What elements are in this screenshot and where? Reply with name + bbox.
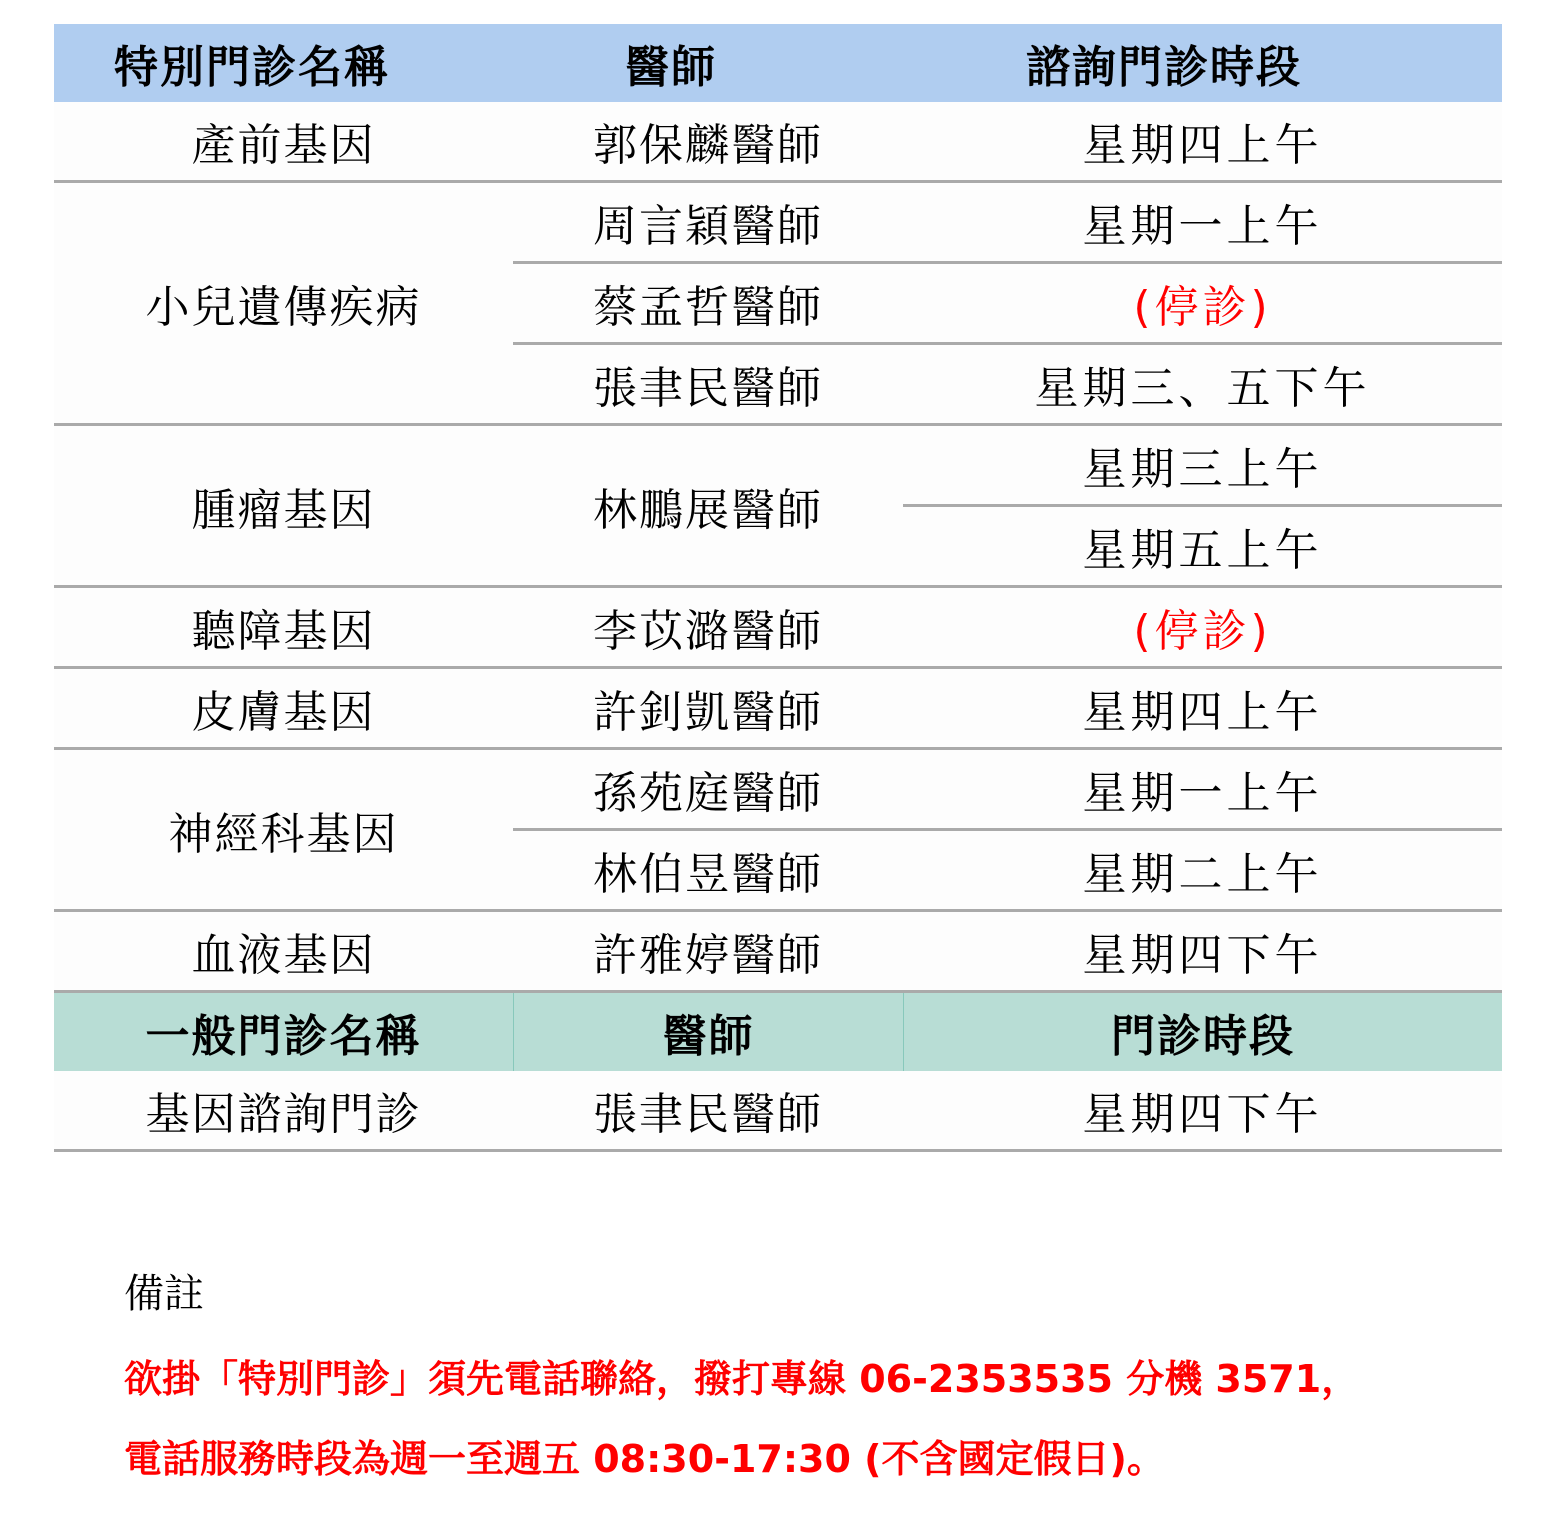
doctor-name: 許釗凱醫師 — [513, 669, 903, 747]
clinic-group-pediatric-genetic: 小兒遺傳疾病 周言穎醫師 星期一上午 蔡孟哲醫師 (停診) 張聿民醫師 星期三、… — [54, 183, 1502, 426]
doctor-name: 郭保麟醫師 — [513, 102, 903, 180]
clinic-suspended-status: (停診) — [903, 588, 1502, 666]
table-row: 張聿民醫師 星期三、五下午 — [513, 342, 1502, 423]
clinic-group-neurology: 神經科基因 孫苑庭醫師 星期一上午 林伯昱醫師 星期二上午 — [54, 750, 1502, 912]
table-row: 林鵬展醫師 星期三上午 星期五上午 — [513, 426, 1502, 585]
general-clinic-header-row: 一般門診名稱 醫師 門診時段 — [54, 993, 1502, 1071]
clinic-suspended-status: (停診) — [903, 264, 1502, 342]
clinic-group-hearing: 聽障基因 李苡潞醫師 (停診) — [54, 588, 1502, 669]
doctor-name: 張聿民醫師 — [513, 345, 903, 423]
doctor-name: 周言穎醫師 — [513, 183, 903, 261]
doctor-name: 許雅婷醫師 — [513, 912, 903, 990]
clinic-time: 星期三上午 — [903, 426, 1502, 504]
doctor-name: 林伯昱醫師 — [513, 831, 903, 909]
table-row: 許釗凱醫師 星期四上午 — [513, 669, 1502, 747]
header-doctor: 醫師 — [513, 31, 903, 95]
clinic-group-blood: 血液基因 許雅婷醫師 星期四下午 — [54, 912, 1502, 993]
table-row: 李苡潞醫師 (停診) — [513, 588, 1502, 666]
clinic-name: 血液基因 — [54, 912, 513, 990]
doctor-name: 孫苑庭醫師 — [513, 750, 903, 828]
notes-line-service-hours: 電話服務時段為週一至週五 08:30-17:30 (不含國定假日)。 — [124, 1439, 1359, 1479]
header-consult-time: 諮詢門診時段 — [903, 31, 1502, 95]
notes-line-registration: 欲掛「特別門診」須先電話聯絡，撥打專線 06-2353535 分機 3571， — [124, 1359, 1359, 1399]
table-row: 周言穎醫師 星期一上午 — [513, 183, 1502, 261]
clinic-time: 星期五上午 — [903, 504, 1502, 585]
clinic-time: 星期一上午 — [903, 750, 1502, 828]
clinic-name: 神經科基因 — [54, 750, 513, 909]
header-clinic-time: 門診時段 — [903, 993, 1502, 1071]
doctor-name: 李苡潞醫師 — [513, 588, 903, 666]
table-row: 蔡孟哲醫師 (停診) — [513, 261, 1502, 342]
clinic-time: 星期四上午 — [903, 669, 1502, 747]
header-doctor: 醫師 — [513, 993, 903, 1071]
clinic-name: 聽障基因 — [54, 588, 513, 666]
clinic-schedule-table: 特別門診名稱 醫師 諮詢門診時段 產前基因 郭保麟醫師 星期四上午 小兒遺傳疾病… — [54, 24, 1502, 1152]
clinic-time: 星期二上午 — [903, 831, 1502, 909]
header-special-clinic-name: 特別門診名稱 — [54, 31, 513, 95]
table-row: 基因諮詢門診 張聿民醫師 星期四下午 — [54, 1071, 1502, 1152]
special-clinic-header-row: 特別門診名稱 醫師 諮詢門診時段 — [54, 24, 1502, 102]
clinic-name: 產前基因 — [54, 102, 513, 180]
doctor-name: 林鵬展醫師 — [513, 426, 903, 585]
clinic-group-tumor: 腫瘤基因 林鵬展醫師 星期三上午 星期五上午 — [54, 426, 1502, 588]
notes-title: 備註 — [124, 1262, 1359, 1319]
clinic-name: 基因諮詢門診 — [54, 1071, 513, 1149]
clinic-group-prenatal: 產前基因 郭保麟醫師 星期四上午 — [54, 102, 1502, 183]
notes-section: 備註 欲掛「特別門診」須先電話聯絡，撥打專線 06-2353535 分機 357… — [124, 1262, 1359, 1519]
doctor-name: 張聿民醫師 — [513, 1071, 903, 1149]
clinic-group-skin: 皮膚基因 許釗凱醫師 星期四上午 — [54, 669, 1502, 750]
header-general-clinic-name: 一般門診名稱 — [54, 993, 513, 1071]
clinic-time: 星期四下午 — [903, 1071, 1502, 1149]
clinic-name: 皮膚基因 — [54, 669, 513, 747]
clinic-time: 星期四下午 — [903, 912, 1502, 990]
doctor-name: 蔡孟哲醫師 — [513, 264, 903, 342]
clinic-time: 星期一上午 — [903, 183, 1502, 261]
table-row: 郭保麟醫師 星期四上午 — [513, 102, 1502, 180]
clinic-name: 小兒遺傳疾病 — [54, 183, 513, 423]
clinic-time: 星期三、五下午 — [903, 345, 1502, 423]
clinic-time: 星期四上午 — [903, 102, 1502, 180]
table-row: 許雅婷醫師 星期四下午 — [513, 912, 1502, 990]
clinic-name: 腫瘤基因 — [54, 426, 513, 585]
table-row: 林伯昱醫師 星期二上午 — [513, 828, 1502, 909]
table-row: 孫苑庭醫師 星期一上午 — [513, 750, 1502, 828]
